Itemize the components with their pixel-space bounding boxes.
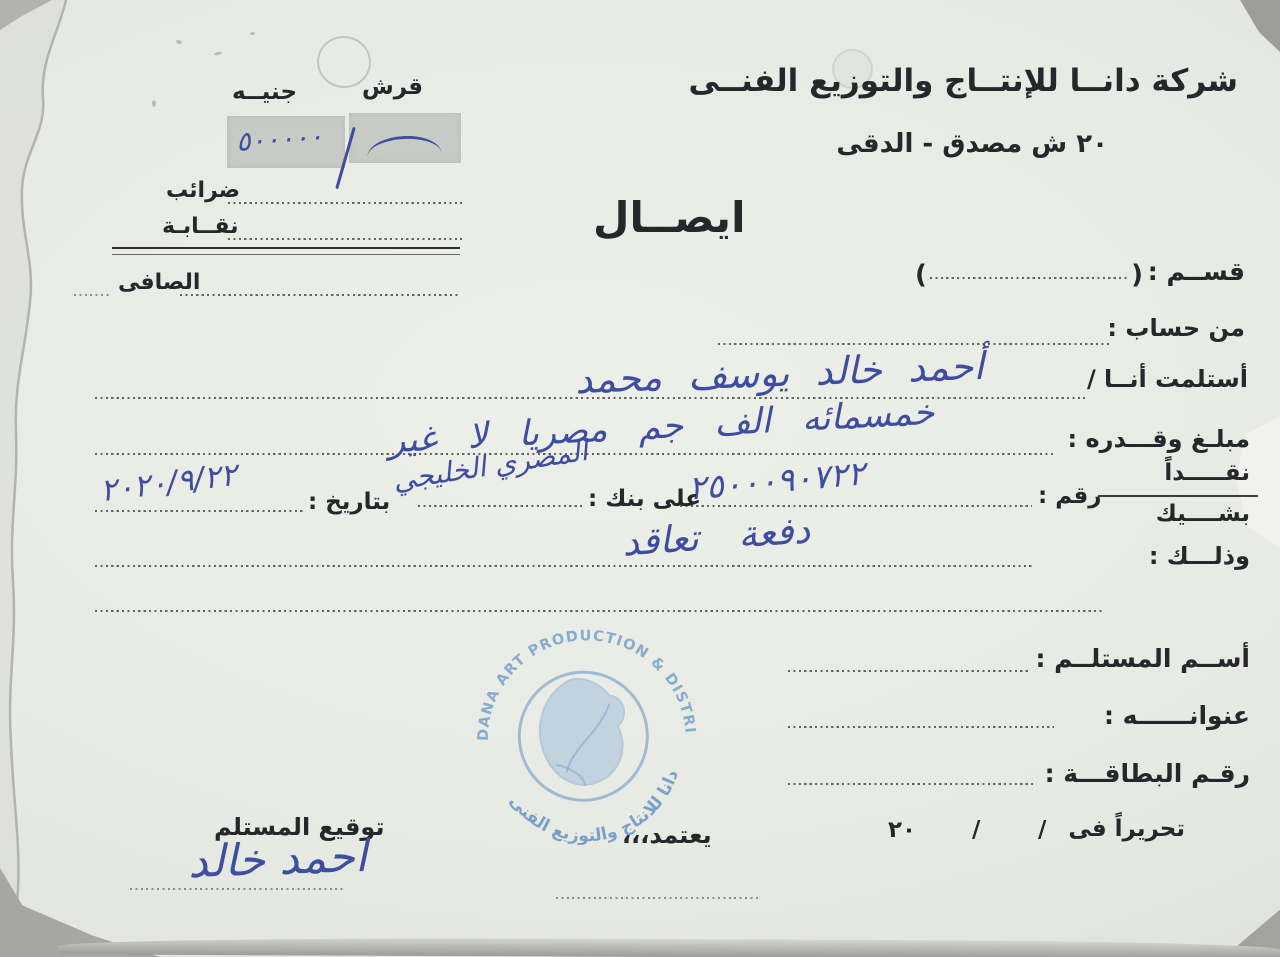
net-label: الصافى xyxy=(118,270,200,295)
scan-speck xyxy=(152,100,156,107)
recipient-address-label: عنوانــــــه : xyxy=(1104,702,1250,731)
bank-label: على بنك : xyxy=(588,486,701,512)
syndicate-line xyxy=(228,238,462,240)
department-label: قســم : xyxy=(1148,258,1245,287)
paren-close: ) xyxy=(1131,260,1143,290)
scan-speck xyxy=(175,39,182,45)
card-number-label: رقـم البطاقـــة : xyxy=(1045,760,1250,789)
recipient-name-label: أســم المستلــم : xyxy=(1035,645,1250,674)
from-account-label: من حساب : xyxy=(1107,315,1245,343)
scanned-receipt: شركة دانــا للإنتــاج والتوزيع الفنــى ٢… xyxy=(0,0,1280,957)
handwritten-date: ٢٠٢٠/٩/٢٢ xyxy=(99,460,239,508)
scan-speck xyxy=(214,51,223,56)
total-rule xyxy=(112,247,460,255)
recipient-signature-line xyxy=(130,888,346,890)
handwritten-cheque-number: ٢٥٠٠٠٩٠٧٢٢ xyxy=(687,456,866,504)
syndicate-label: نقــابـة xyxy=(162,214,239,239)
and-that-label: وذلـــك : xyxy=(1149,543,1250,571)
taxes-line xyxy=(228,202,462,204)
net-line xyxy=(180,294,460,296)
year-prefix: ٢٠ xyxy=(888,817,916,843)
taxes-label: ضرائب xyxy=(166,178,240,203)
card-number-line xyxy=(788,783,1034,785)
handwritten-purpose: دفعة تعاقد xyxy=(621,511,811,561)
cash-label: نقـــــداً xyxy=(1164,460,1250,486)
approved-signature-line xyxy=(556,897,761,899)
date-slash-2: / xyxy=(972,817,980,843)
received-i-label: أستلمت أنــا / xyxy=(1087,366,1248,394)
qirsh-column-label: قرش xyxy=(362,74,423,100)
cash-cheque-rule xyxy=(1098,495,1258,497)
date-line xyxy=(95,510,303,512)
handwritten-recipient-name: أحمد خالد يوسف محمد xyxy=(574,347,984,399)
and-that-line xyxy=(95,565,1033,567)
bank-line xyxy=(418,505,584,507)
handwritten-amount-words: خمسمائه الف جم مصريا لا غير xyxy=(387,396,935,460)
date-slash-1: / xyxy=(1038,817,1046,843)
company-address: ٢٠ ش مصدق - الدقى xyxy=(836,130,1108,160)
net-line-left xyxy=(74,294,112,296)
from-account-line xyxy=(718,343,1112,345)
paper-bottom-edge xyxy=(58,936,1280,957)
handwritten-geneh-amount: ٥٠٠٠٠٠ xyxy=(235,123,324,156)
company-name: شركة دانــا للإنتــاج والتوزيع الفنــى xyxy=(689,64,1239,100)
recipient-name-line xyxy=(788,670,1030,672)
scan-speck xyxy=(250,32,255,35)
department-field: ( ) xyxy=(915,260,1143,290)
number-label: رقم : xyxy=(1038,483,1102,509)
amount-words-label: مبلـغ وقـــدره : xyxy=(1068,426,1250,454)
paren-open: ( xyxy=(915,260,927,290)
handwritten-signature: احمد خالد xyxy=(187,835,367,885)
date-label: بتاريخ : xyxy=(308,489,390,515)
approved-label: يعتمد،،، xyxy=(622,822,712,850)
geneh-column-label: جنيــه xyxy=(232,79,297,105)
written-on-label: تحريراً فى xyxy=(1068,816,1185,842)
recipient-address-line xyxy=(788,726,1054,728)
torn-corner-top-right xyxy=(1185,0,1280,52)
number-line xyxy=(680,505,1032,507)
torn-edge-left xyxy=(0,0,95,957)
cheque-label: بشــــيك xyxy=(1156,501,1250,527)
receipt-title: ايصــال xyxy=(593,194,745,242)
department-line xyxy=(930,277,1128,279)
